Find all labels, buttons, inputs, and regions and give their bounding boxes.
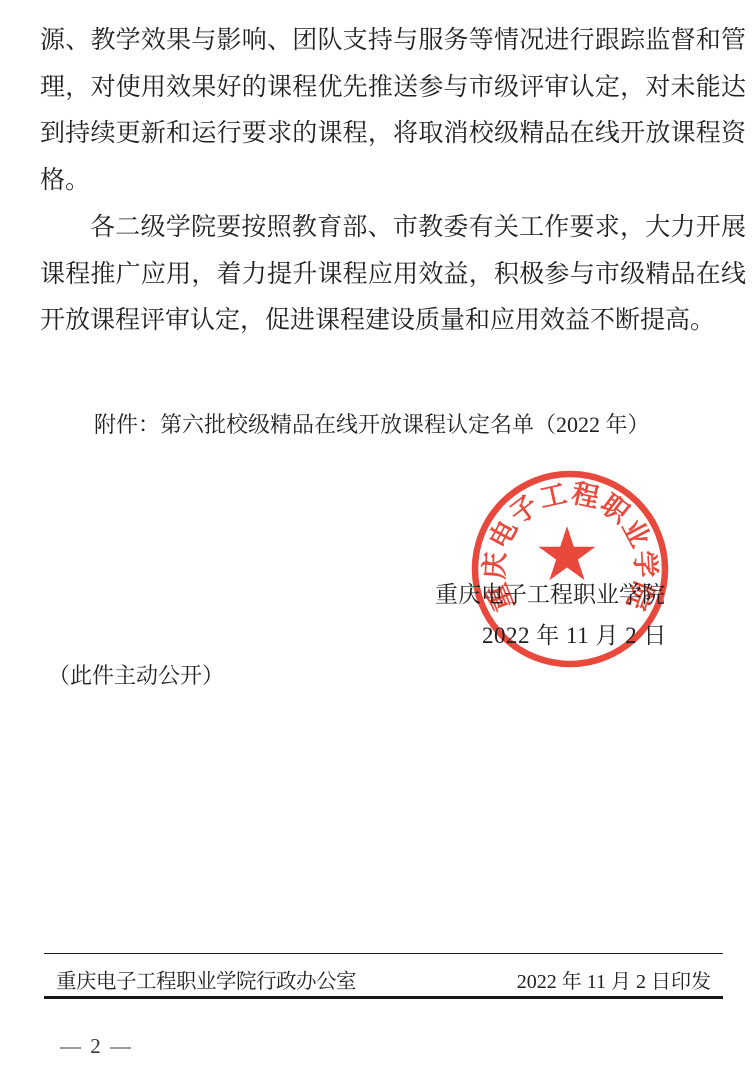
- body-text: 源、教学效果与影响、团队支持与服务等情况进行跟踪监督和管理，对使用效果好的课程优…: [40, 18, 746, 345]
- paragraph-second: 各二级学院要按照教育部、市教委有关工作要求，大力开展课程推广应用，着力提升课程应…: [40, 205, 746, 345]
- footer-divider-top: [44, 953, 723, 954]
- footer-print-date: 2022 年 11 月 2 日印发: [517, 965, 711, 994]
- paragraph-continued: 源、教学效果与影响、团队支持与服务等情况进行跟踪监督和管理，对使用效果好的课程优…: [40, 18, 746, 205]
- attachment-line: 附件：第六批校级精品在线开放课程认定名单（2022 年）: [94, 410, 650, 440]
- seal-star-icon: [539, 526, 596, 580]
- footer-row: 重庆电子工程职业学院行政办公室 2022 年 11 月 2 日印发: [44, 962, 723, 996]
- signature-organization: 重庆电子工程职业学院: [435, 582, 665, 608]
- signature-date: 2022 年 11 月 2 日: [482, 623, 667, 649]
- footer-issuer: 重庆电子工程职业学院行政办公室: [56, 964, 356, 994]
- footer-divider-bottom: [44, 996, 723, 999]
- page-number: — 2 —: [60, 1034, 133, 1059]
- disclosure-note: （此件主动公开）: [48, 663, 224, 689]
- document-page: 源、教学效果与影响、团队支持与服务等情况进行跟踪监督和管理，对使用效果好的课程优…: [0, 0, 755, 1087]
